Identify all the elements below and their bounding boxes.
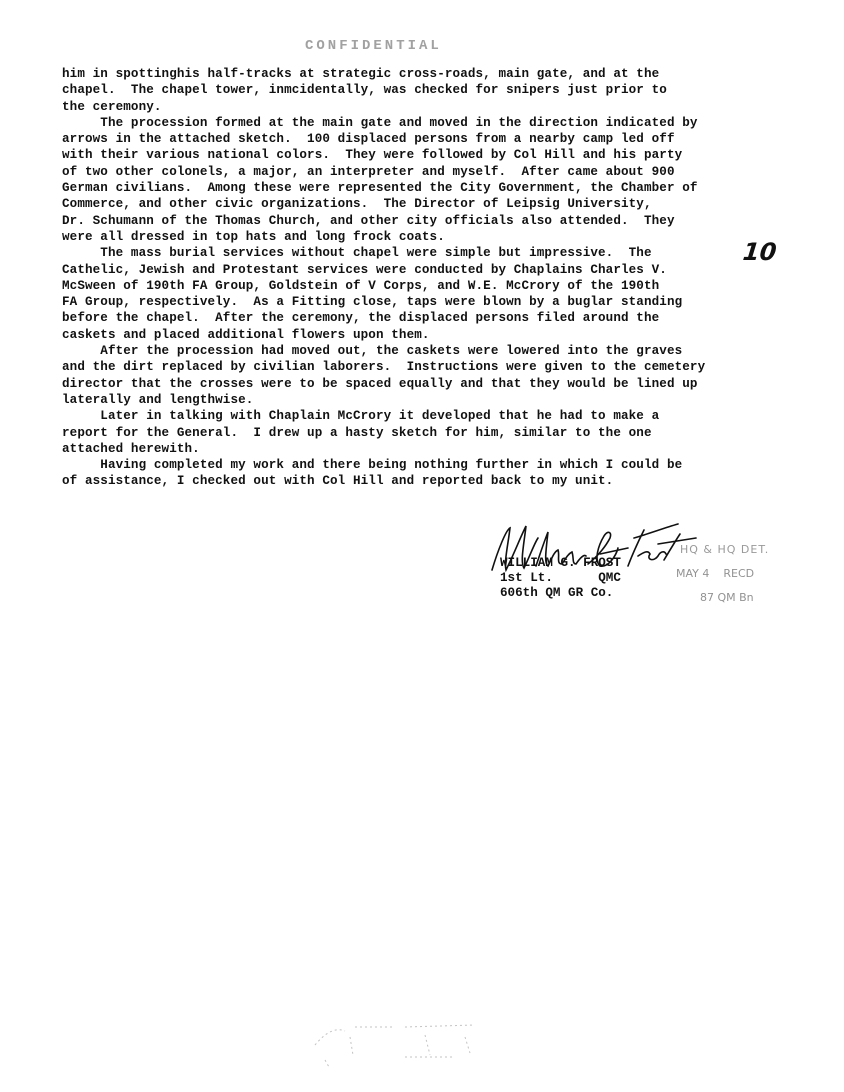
report-body: him in spottinghis half-tracks at strate… — [62, 66, 782, 490]
body-line: him in spottinghis half-tracks at strate… — [62, 66, 782, 82]
signature-block: WILLIAM G. FROST 1st Lt. QMC 606th QM GR… — [500, 556, 621, 601]
body-line: Cathelic, Jewish and Protestant services… — [62, 262, 782, 278]
body-line: Later in talking with Chaplain McCrory i… — [62, 408, 782, 424]
body-line: Commerce, and other civic organizations.… — [62, 196, 782, 212]
received-stamp-office: HQ & HQ DET. — [680, 538, 769, 562]
body-line: before the chapel. After the ceremony, t… — [62, 310, 782, 326]
body-line: chapel. The chapel tower, inmcidentally,… — [62, 82, 782, 98]
body-line: Having completed my work and there being… — [62, 457, 782, 473]
body-line: the ceremony. — [62, 99, 782, 115]
body-line: report for the General. I drew up a hast… — [62, 425, 782, 441]
body-line: arrows in the attached sketch. 100 displ… — [62, 131, 782, 147]
signer-rank: 1st Lt. QMC — [500, 571, 621, 586]
body-line: of two other colonels, a major, an inter… — [62, 164, 782, 180]
signer-unit: 606th QM GR Co. — [500, 586, 621, 601]
body-line: and the dirt replaced by civilian labore… — [62, 359, 782, 375]
received-stamp: HQ & HQ DET. MAY 4 RECD 87 QM Bn — [678, 538, 769, 610]
body-line: were all dressed in top hats and long fr… — [62, 229, 782, 245]
body-line: laterally and lengthwise. — [62, 392, 782, 408]
page-number: 10 — [742, 238, 778, 266]
body-line: After the procession had moved out, the … — [62, 343, 782, 359]
body-line: of assistance, I checked out with Col Hi… — [62, 473, 782, 489]
faded-bleedthrough-stamp — [305, 1015, 480, 1070]
body-line: Dr. Schumann of the Thomas Church, and o… — [62, 213, 782, 229]
body-line: McSween of 190th FA Group, Goldstein of … — [62, 278, 782, 294]
signer-name: WILLIAM G. FROST — [500, 556, 621, 571]
received-stamp-date: MAY 4 RECD — [676, 562, 769, 586]
body-line: director that the crosses were to be spa… — [62, 376, 782, 392]
received-stamp-unit: 87 QM Bn — [700, 586, 769, 610]
body-line: The procession formed at the main gate a… — [62, 115, 782, 131]
body-line: with their various national colors. They… — [62, 147, 782, 163]
body-line: FA Group, respectively. As a Fitting clo… — [62, 294, 782, 310]
body-line: The mass burial services without chapel … — [62, 245, 782, 261]
classification-stamp: CONFIDENTIAL — [305, 38, 442, 54]
body-line: caskets and placed additional flowers up… — [62, 327, 782, 343]
document-page: CONFIDENTIAL him in spottinghis half-tra… — [0, 0, 844, 1092]
body-line: attached herewith. — [62, 441, 782, 457]
body-line: German civilians. Among these were repre… — [62, 180, 782, 196]
